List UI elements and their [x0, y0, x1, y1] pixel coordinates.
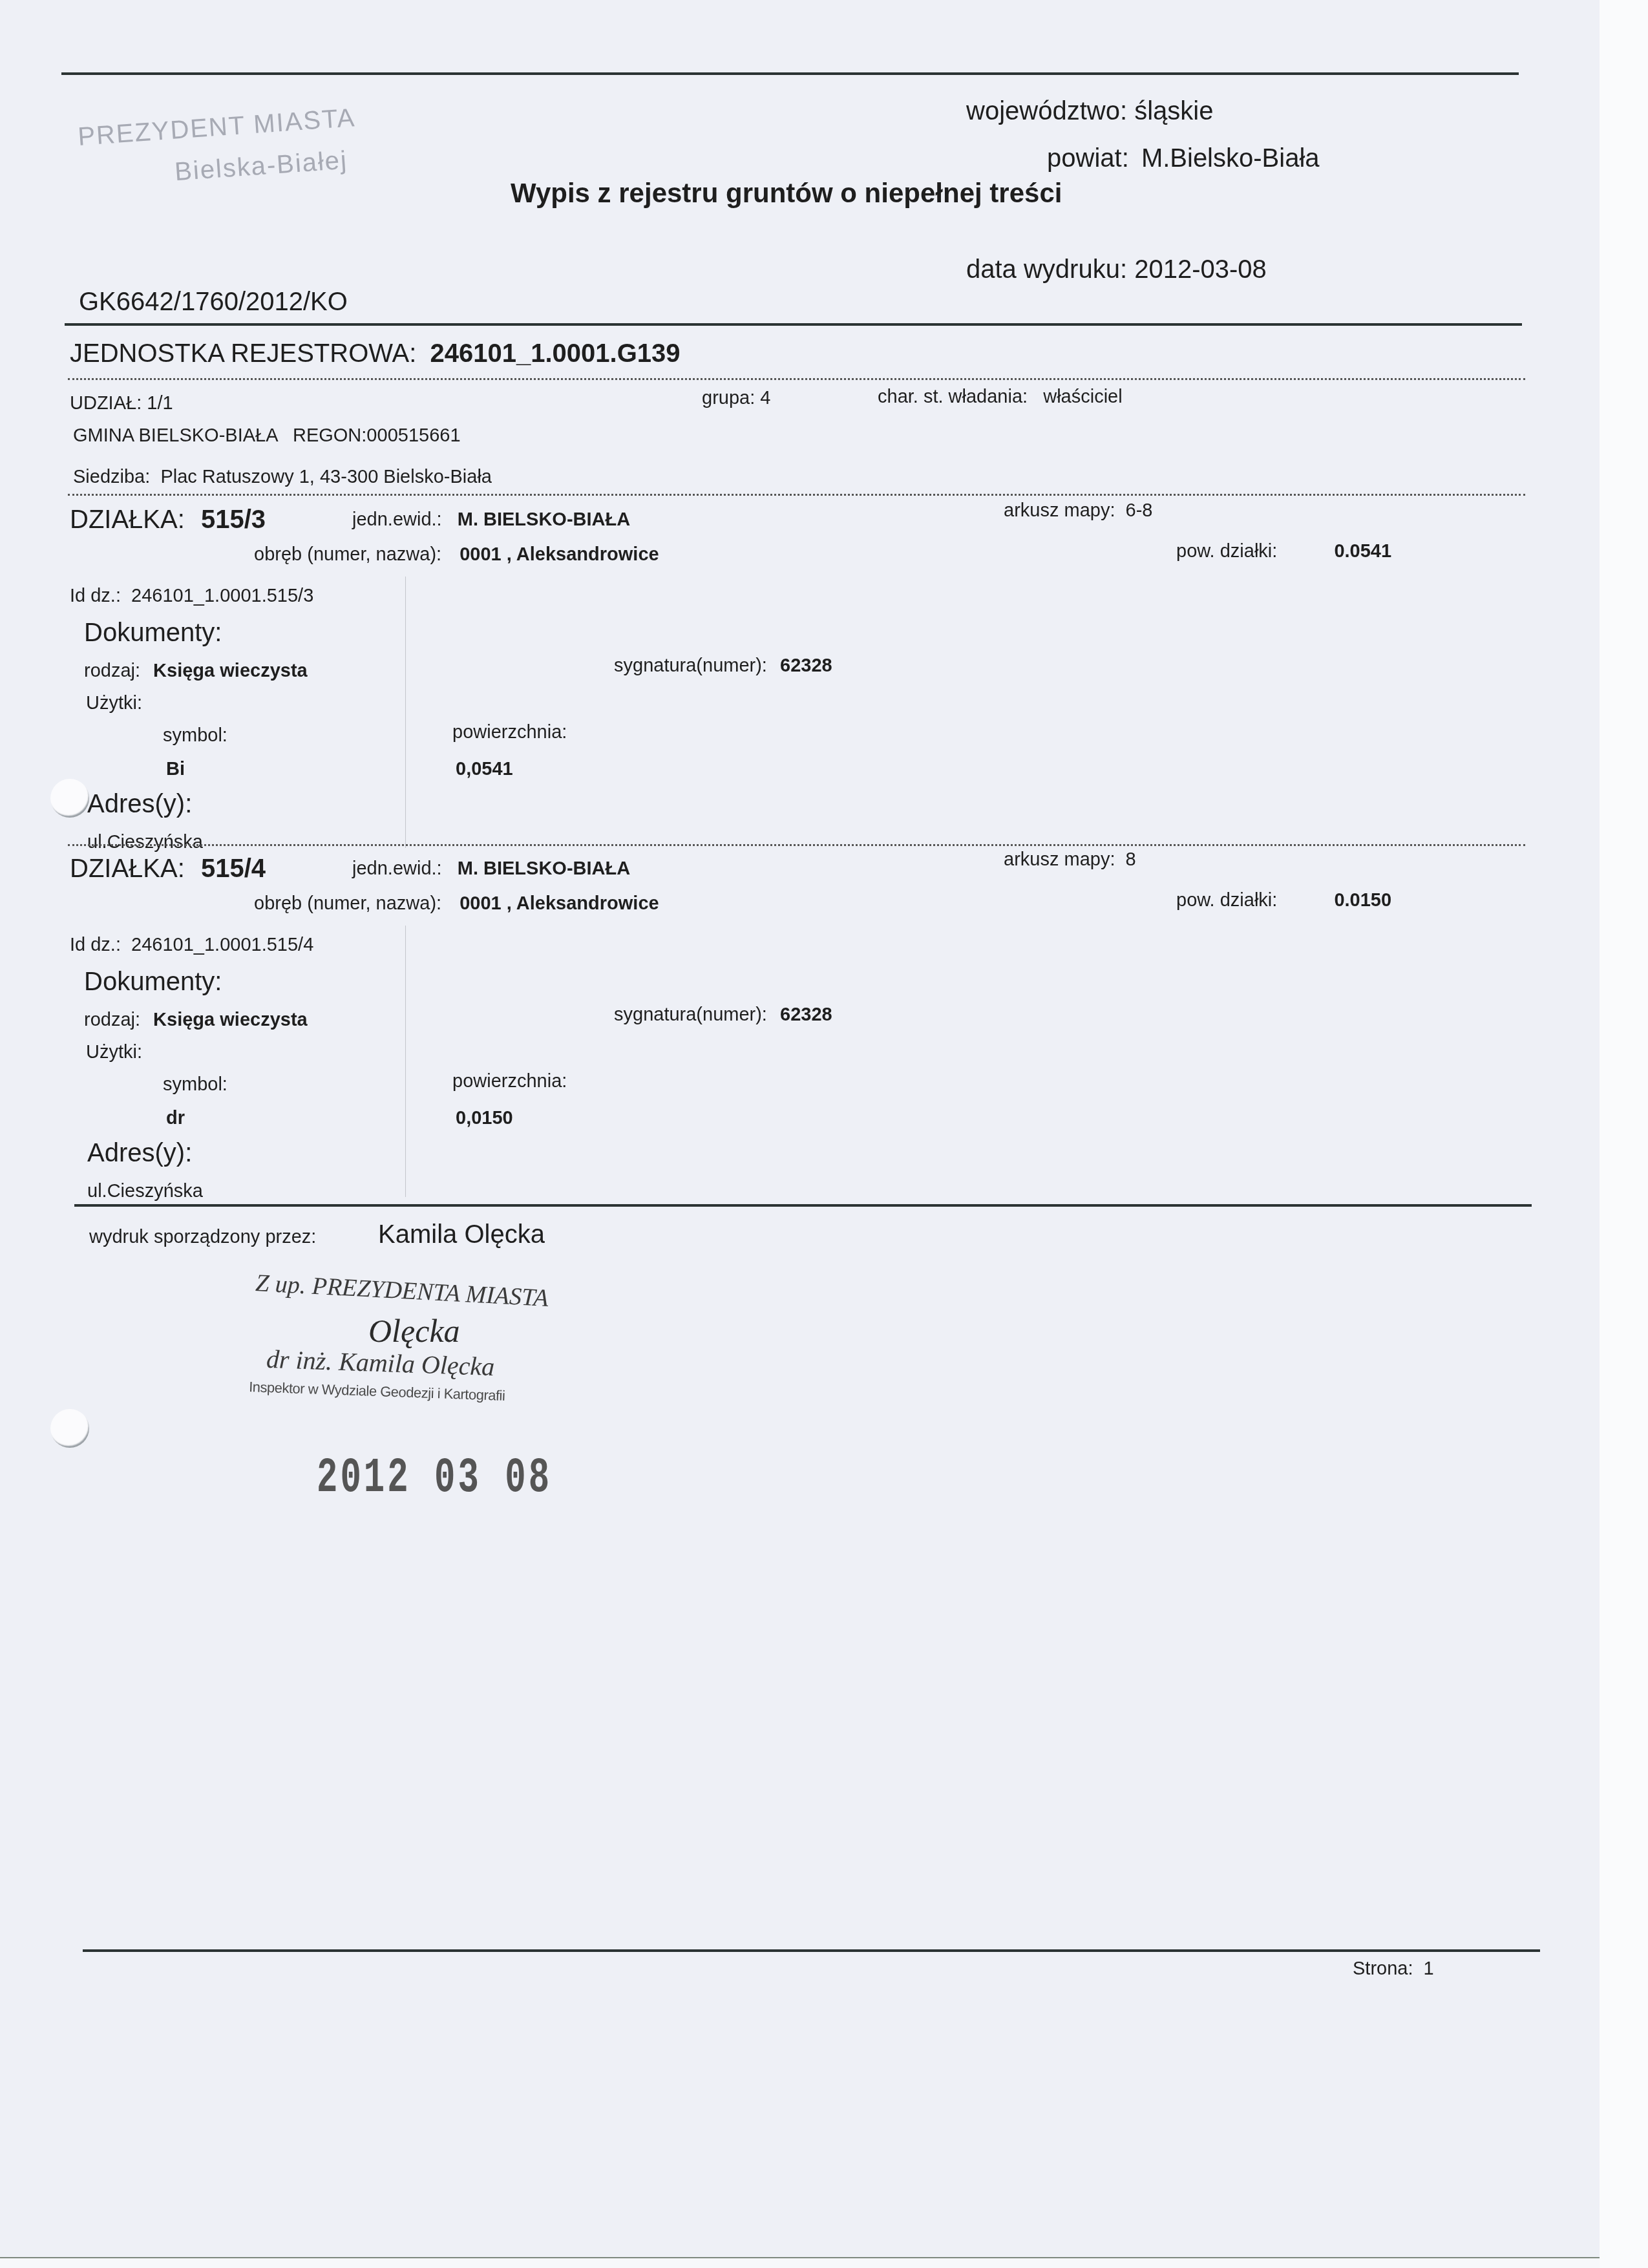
rodzaj-label: rodzaj: [84, 1010, 140, 1030]
column-divider [405, 577, 406, 848]
arkusz-mapy: arkusz mapy: 8 [1004, 849, 1136, 871]
adresy-heading: Adres(y): [87, 790, 192, 819]
powiat-value: M.Bielsko-Biała [1141, 144, 1320, 173]
jedn-ewid: jedn.ewid.: M. BIELSKO-BIAŁA [352, 509, 630, 531]
uzytek-symbol: Bi [166, 759, 185, 780]
grupa-label: grupa: [702, 388, 755, 408]
page-number: Strona: 1 [1353, 1958, 1434, 1980]
udzial-value: 1/1 [147, 393, 173, 414]
symbol-label: symbol: [163, 1074, 227, 1096]
sygnatura-label: sygnatura(numer): [614, 655, 767, 676]
data-wydruku: data wydruku: 2012-03-08 [966, 255, 1267, 284]
id-dz-label: Id dz.: [70, 935, 121, 955]
jednostka-label: JEDNOSTKA REJESTROWA: [70, 339, 416, 368]
siedziba-value: Plac Ratuszowy 1, 43-300 Bielsko-Biała [160, 467, 492, 487]
pow-dzialki-label: pow. działki: [1176, 541, 1277, 562]
dotted-separator [68, 378, 1525, 380]
arkusz-value: 6-8 [1126, 500, 1153, 521]
dzialka-number: 515/3 [201, 505, 266, 534]
header-bottom-rule [65, 323, 1522, 326]
dzialka-header: DZIAŁKA: 515/3 [70, 505, 266, 535]
dokument-rodzaj: rodzaj: Księga wieczysta [84, 661, 308, 682]
uzytek-powierzchnia: 0,0150 [456, 1108, 513, 1129]
top-rule [61, 72, 1519, 75]
obreb-label: obręb (numer, nazwa): [254, 544, 441, 565]
grupa-value: 4 [760, 388, 770, 408]
arkusz-value: 8 [1126, 849, 1136, 870]
pow-dzialki: pow. działki: 0.0541 [1176, 541, 1391, 562]
char-value: właściciel [1043, 387, 1122, 407]
dokument-sygnatura: sygnatura(numer): 62328 [614, 655, 832, 677]
hole-punch-top [50, 779, 89, 818]
obreb-number: 0001 [460, 544, 502, 565]
pow-dzialki: pow. działki: 0.0150 [1176, 890, 1391, 911]
obreb: obręb (numer, nazwa): 0001 , Aleksandrow… [254, 544, 659, 566]
obreb-number: 0001 [460, 893, 502, 914]
siedziba-label: Siedziba: [73, 467, 150, 487]
arkusz-label: arkusz mapy: [1004, 500, 1115, 521]
owner-regon: REGON:000515661 [293, 425, 461, 446]
dokument-sygnatura: sygnatura(numer): 62328 [614, 1004, 832, 1026]
dzialka-label: DZIAŁKA: [70, 505, 185, 534]
id-dzialki: Id dz.: 246101_1.0001.515/3 [70, 586, 313, 607]
data-wydruku-value: 2012-03-08 [1134, 255, 1267, 284]
symbol-label: symbol: [163, 725, 227, 747]
pow-dzialki-value: 0.0150 [1334, 890, 1391, 911]
grupa: grupa: 4 [702, 388, 770, 409]
uzytki-heading: Użytki: [86, 693, 142, 714]
uzytek-symbol: dr [166, 1108, 185, 1129]
udzial: UDZIAŁ: 1/1 [70, 393, 173, 414]
id-dz-value: 246101_1.0001.515/4 [131, 935, 313, 955]
id-dz-value: 246101_1.0001.515/3 [131, 586, 313, 606]
scanner-background [1600, 0, 1648, 2268]
dokument-rodzaj: rodzaj: Księga wieczysta [84, 1010, 308, 1031]
powierzchnia-label: powierzchnia: [452, 722, 567, 743]
rodzaj-label: rodzaj: [84, 661, 140, 681]
char-wladania: char. st. władania: właściciel [878, 387, 1123, 408]
dotted-separator [68, 494, 1525, 496]
page-number-label: Strona: [1353, 1958, 1413, 1979]
obreb-sep: , [507, 544, 516, 565]
adresy-heading: Adres(y): [87, 1139, 192, 1168]
char-label: char. st. władania: [878, 387, 1028, 407]
obreb-name: Aleksandrowice [516, 893, 659, 914]
footer-top-rule [74, 1204, 1532, 1207]
arkusz-label: arkusz mapy: [1004, 849, 1115, 870]
dotted-separator [68, 844, 1525, 846]
dzialka-label: DZIAŁKA: [70, 854, 185, 883]
jedn-ewid-value: M. BIELSKO-BIAŁA [458, 858, 630, 879]
sygnatura-value: 62328 [780, 1004, 832, 1025]
rodzaj-value: Księga wieczysta [153, 661, 308, 681]
powierzchnia-label: powierzchnia: [452, 1071, 567, 1092]
adres-value: ul.Cieszyńska [87, 1181, 203, 1202]
sygnatura-value: 62328 [780, 655, 832, 676]
handwritten-signature: Olęcka [368, 1312, 460, 1350]
adres-value: ul.Cieszyńska [87, 832, 203, 853]
jedn-ewid: jedn.ewid.: M. BIELSKO-BIAŁA [352, 858, 630, 880]
prepared-by-label: wydruk sporządzony przez: [89, 1227, 316, 1248]
page-number-value: 1 [1424, 1958, 1434, 1979]
hole-punch-bottom [50, 1409, 89, 1448]
jedn-ewid-label: jedn.ewid.: [352, 509, 442, 530]
powiat-label: powiat: [1047, 144, 1129, 173]
jednostka-rejestrowa: JEDNOSTKA REJESTROWA: 246101_1.0001.G139 [70, 339, 681, 368]
wojewodztwo-value: śląskie [1134, 97, 1213, 125]
jedn-ewid-label: jedn.ewid.: [352, 858, 442, 879]
udzial-label: UDZIAŁ: [70, 393, 142, 414]
obreb-sep: , [507, 893, 516, 914]
case-signature: GK6642/1760/2012/KO [79, 288, 348, 317]
uzytek-powierzchnia: 0,0541 [456, 759, 513, 780]
sygnatura-label: sygnatura(numer): [614, 1004, 767, 1025]
wlasciciel: GMINA BIELSKO-BIAŁA REGON:000515661 [73, 425, 461, 447]
date-stamp: 2012 03 08 [317, 1451, 552, 1506]
siedziba: Siedziba: Plac Ratuszowy 1, 43-300 Biels… [73, 467, 492, 488]
obreb: obręb (numer, nazwa): 0001 , Aleksandrow… [254, 893, 659, 915]
owner-name: GMINA BIELSKO-BIAŁA [73, 425, 277, 446]
dokumenty-heading: Dokumenty: [84, 619, 222, 648]
pow-dzialki-label: pow. działki: [1176, 890, 1277, 911]
uzytki-heading: Użytki: [86, 1042, 142, 1063]
jednostka-value: 246101_1.0001.G139 [430, 339, 681, 368]
powiat: powiat: M.Bielsko-Biała [1047, 144, 1320, 173]
dzialka-header: DZIAŁKA: 515/4 [70, 854, 266, 884]
data-wydruku-label: data wydruku: [966, 255, 1127, 284]
arkusz-mapy: arkusz mapy: 6-8 [1004, 500, 1152, 522]
document-title: Wypis z rejestru gruntów o niepełnej tre… [511, 178, 1062, 209]
rodzaj-value: Księga wieczysta [153, 1010, 308, 1030]
jedn-ewid-value: M. BIELSKO-BIAŁA [458, 509, 630, 530]
obreb-label: obręb (numer, nazwa): [254, 893, 441, 914]
wojewodztwo-label: województwo: [966, 97, 1127, 125]
dokumenty-heading: Dokumenty: [84, 968, 222, 997]
pow-dzialki-value: 0.0541 [1334, 541, 1391, 562]
page-footer-rule [83, 1949, 1540, 1952]
column-divider [405, 926, 406, 1197]
wojewodztwo: województwo: śląskie [966, 97, 1213, 126]
id-dz-label: Id dz.: [70, 586, 121, 606]
dzialka-number: 515/4 [201, 854, 266, 883]
obreb-name: Aleksandrowice [516, 544, 659, 565]
id-dzialki: Id dz.: 246101_1.0001.515/4 [70, 935, 313, 956]
prepared-by-value: Kamila Olęcka [378, 1220, 545, 1249]
